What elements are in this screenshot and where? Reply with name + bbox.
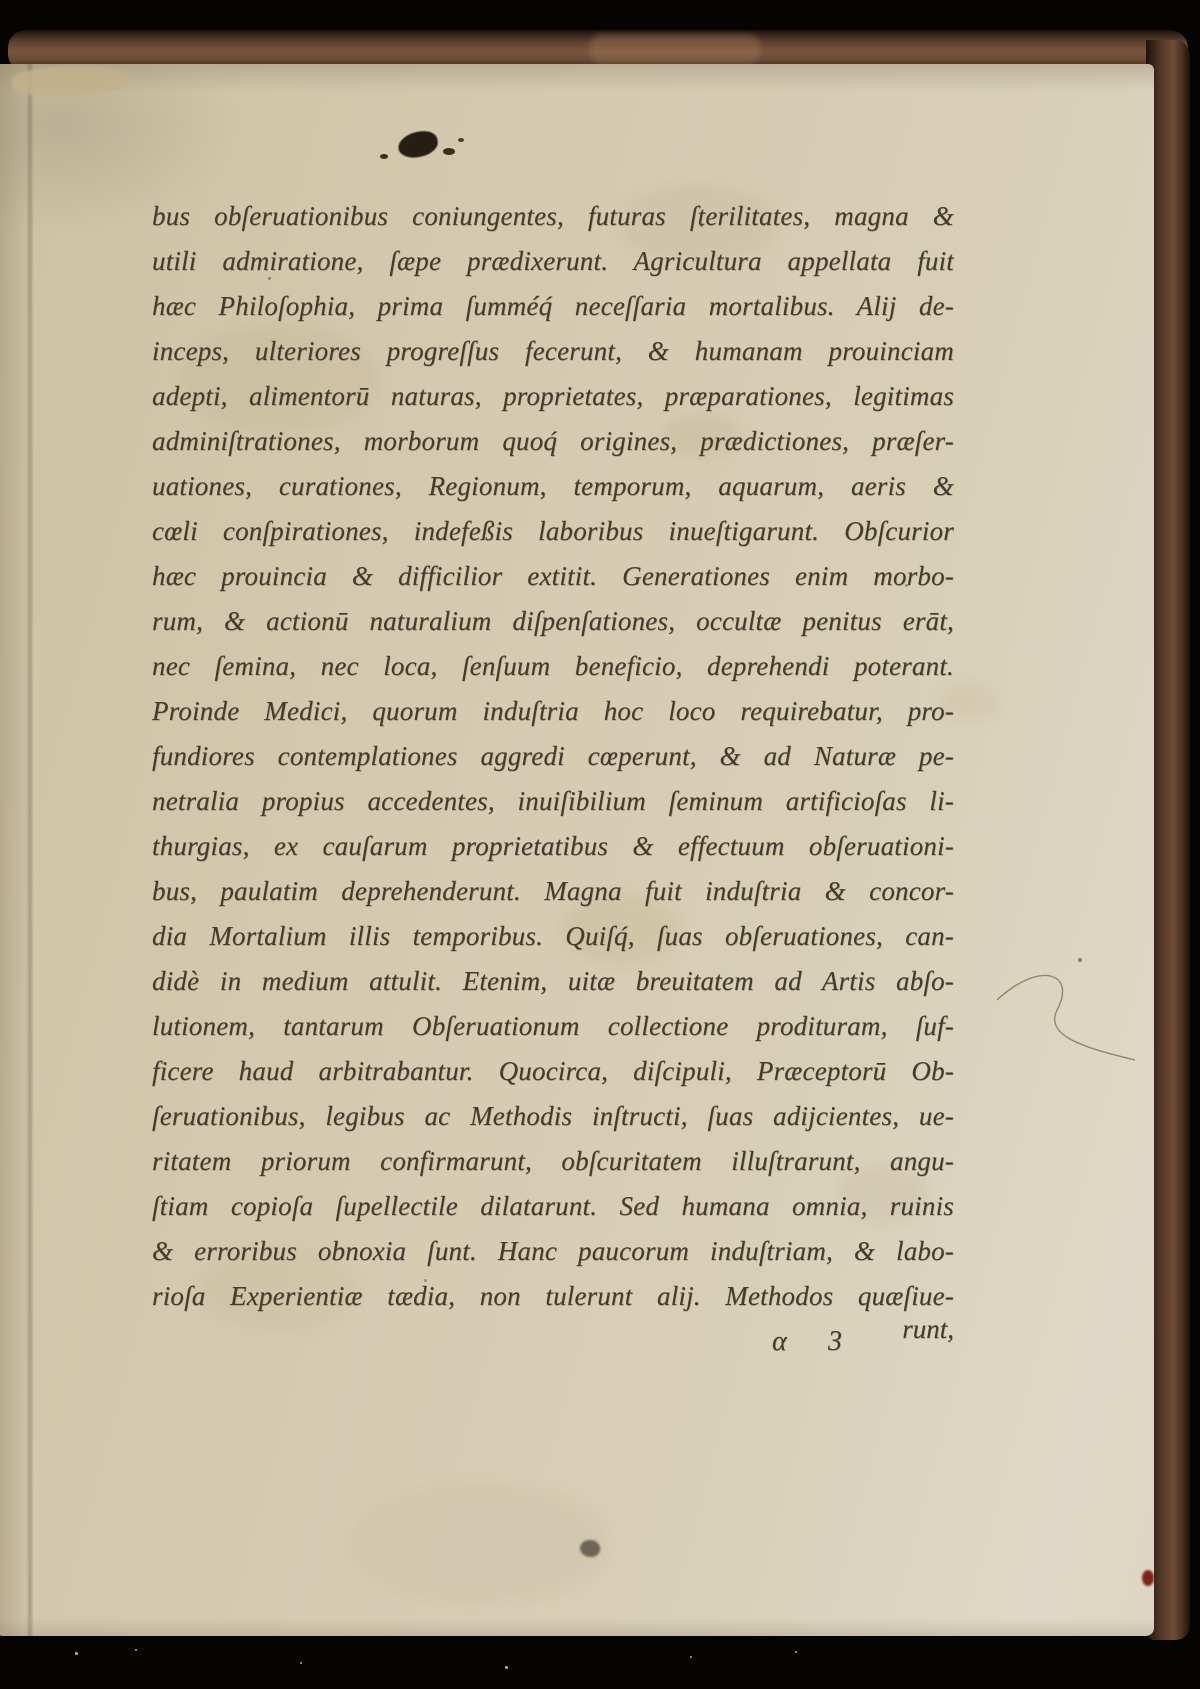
- text-line: lutionem, tantarum Obſeruationum collect…: [152, 1004, 954, 1049]
- text-line: uationes, curationes, Regionum, temporum…: [152, 464, 954, 509]
- text-line: inceps, ulteriores progreſſus fecerunt, …: [152, 329, 954, 374]
- leather-highlight: [590, 34, 760, 64]
- text-line: netralia propius accedentes, inuiſibiliu…: [152, 779, 954, 824]
- text-line: fundiores contemplationes aggredi cœperu…: [152, 734, 954, 779]
- text-line: adminiſtrationes, morborum quoq́ origine…: [152, 419, 954, 464]
- text-line: & erroribus obnoxia ſunt. Hanc paucorum …: [152, 1229, 954, 1274]
- foxing-speck: [1078, 958, 1082, 962]
- text-line: hæc prouincia & difficilior extitit. Gen…: [152, 554, 954, 599]
- parchment-page: bus obſeruationibus coniungentes, futura…: [0, 64, 1154, 1636]
- ink-blot-speck: [380, 154, 388, 159]
- text-line: ſtiam copioſa ſupellectile dilatarunt. S…: [152, 1184, 954, 1229]
- text-line: hæc Philoſophia, prima ſumméq́ neceſſari…: [152, 284, 954, 329]
- catchword: runt,: [902, 1307, 954, 1352]
- gray-spot: [580, 1540, 600, 1557]
- text-line: ſeruationibus, legibus ac Methodis inſtr…: [152, 1094, 954, 1139]
- text-line: ficere haud arbitrabantur. Quocirca, diſ…: [152, 1049, 954, 1094]
- text-line: adepti, alimentorū naturas, proprietates…: [152, 374, 954, 419]
- book-scan: bus obſeruationibus coniungentes, futura…: [0, 0, 1200, 1689]
- text-line: rum, & actionū naturalium diſpenſationes…: [152, 599, 954, 644]
- signature-row: α 3 runt,: [152, 1319, 954, 1364]
- text-line: Proinde Medici, quorum induſtria hoc loc…: [152, 689, 954, 734]
- stain: [350, 1484, 610, 1604]
- text-line: bus, paulatim deprehenderunt. Magna fuit…: [152, 869, 954, 914]
- text-line: cœli conſpirationes, indefeßis laboribus…: [152, 509, 954, 554]
- gathering-signature-mark: α: [772, 1319, 787, 1364]
- text-line: dia Mortalium illis temporibus. Quiſq́, …: [152, 914, 954, 959]
- text-block: bus obſeruationibus coniungentes, futura…: [152, 194, 954, 1364]
- text-line: bus obſeruationibus coniungentes, futura…: [152, 194, 954, 239]
- ink-blot-speck: [458, 138, 464, 142]
- dust-speck: [75, 1652, 78, 1655]
- dust-speck: [300, 1662, 302, 1664]
- text-line: ritatem priorum confirmarunt, obſcuritat…: [152, 1139, 954, 1184]
- text-line: nec ſemina, nec loca, ſenſuum beneficio,…: [152, 644, 954, 689]
- text-line: thurgias, ex cauſarum proprietatibus & e…: [152, 824, 954, 869]
- gathering-signature-number: 3: [828, 1319, 842, 1364]
- text-line: didè in medium attulit. Etenim, uitæ bre…: [152, 959, 954, 1004]
- red-edge-mark: [1142, 1570, 1154, 1586]
- dust-speck: [505, 1666, 508, 1669]
- dust-speck: [690, 1656, 692, 1658]
- text-line: rioſa Experientiæ tædia, non tulerunt al…: [152, 1274, 954, 1319]
- dust-speck: [795, 1651, 797, 1653]
- dust-speck: [135, 1649, 137, 1651]
- ink-blot: [396, 128, 440, 161]
- ink-blot-speck: [443, 148, 455, 155]
- page-fold-crease: [26, 64, 34, 1636]
- text-line: utili admiratione, ſæpe prædixerunt. Agr…: [152, 239, 954, 284]
